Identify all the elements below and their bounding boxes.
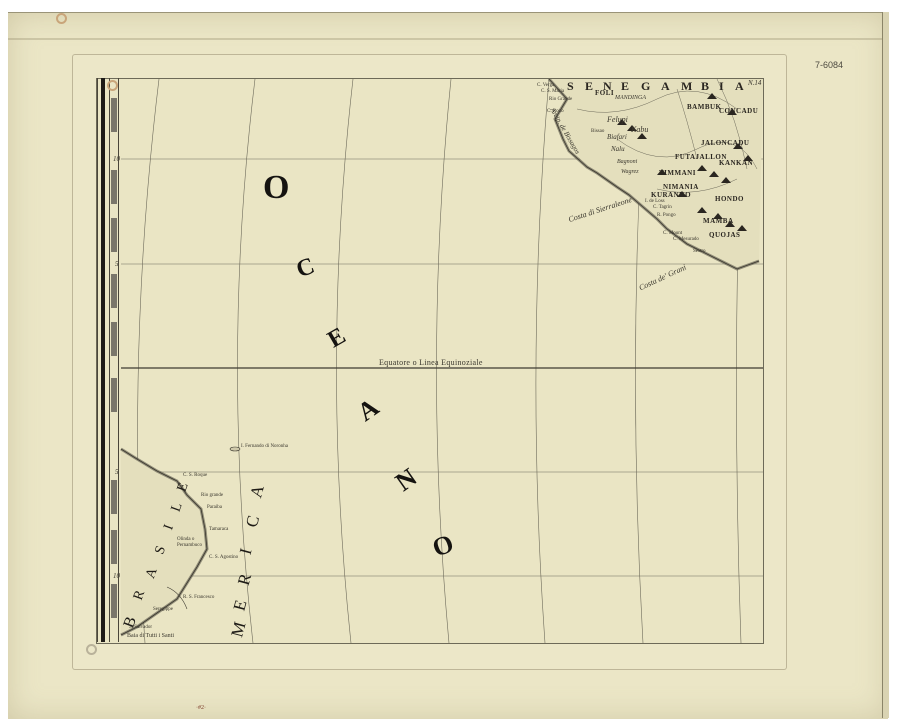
equator-label: Equatore o Linea Equinoziale — [379, 358, 483, 367]
region-label: MANDINGA — [615, 95, 646, 101]
place-label: R. S. Francesco — [183, 595, 214, 600]
region-label: TIMMANI — [659, 169, 696, 177]
place-label: Paraiba — [207, 505, 222, 510]
place-label: C. S. Maria — [541, 89, 564, 94]
map-frame[interactable]: 10 5 5 10 Equatore o Linea Equinoziale O… — [96, 78, 764, 644]
place-label: C. Tagrin — [653, 205, 672, 210]
region-label: CONCADU — [719, 107, 758, 115]
library-stamp: ·#2· — [196, 705, 206, 711]
place-label: I. de Loss — [645, 199, 665, 204]
place-label: Bissao — [591, 129, 604, 134]
region-label: JALONCADU — [701, 139, 749, 147]
pin-hole-icon — [56, 13, 67, 24]
region-label: KANKAN — [719, 159, 753, 167]
island-shape — [230, 447, 240, 451]
plate-hole-icon — [86, 644, 97, 655]
region-label: BAMBUK — [687, 103, 722, 111]
place-label: S. Salvador — [129, 625, 152, 630]
sheet-edge — [882, 12, 889, 718]
region-label: Biafari — [607, 133, 627, 141]
region-label: KURANKO — [651, 191, 691, 199]
region-label: Bagnoni — [617, 159, 637, 165]
region-label: NIMANIA — [663, 183, 699, 191]
region-label: HONDO — [715, 195, 744, 203]
place-label: C. Mesurado — [673, 237, 699, 242]
region-label: Nalu — [611, 145, 625, 153]
place-label: Baia di Tutti i Santi — [127, 633, 174, 639]
place-label: Rio Grande — [549, 97, 572, 102]
sheet-fold-line — [8, 38, 888, 40]
region-label: MAMBA — [703, 217, 734, 225]
island-label: I. Fernando di Noronha — [241, 444, 288, 449]
place-label: R. Pongo — [657, 213, 676, 218]
place-label: C. S. Roque — [183, 473, 207, 478]
region-label: Kabu — [631, 125, 648, 134]
place-label: C. Mount — [663, 231, 682, 236]
ocean-letter: O — [263, 169, 289, 207]
place-label: Seregippe — [153, 607, 173, 612]
pin-hole-icon — [107, 80, 118, 91]
place-label: Tamaraca — [209, 527, 228, 532]
map-border-scale — [96, 78, 120, 642]
region-label: Felupi — [607, 115, 628, 124]
sheet-number: N.14 — [748, 79, 761, 87]
place-label: C. S. Agostino — [209, 555, 238, 560]
place-label: Rio grande — [201, 493, 223, 498]
place-label: Olinda o Pernambuco — [177, 537, 211, 549]
region-label: Wagrez — [621, 169, 639, 175]
catalog-number: 7-6084 — [815, 60, 843, 70]
place-label: Sestro — [693, 249, 706, 254]
region-label: FOLI — [595, 89, 614, 97]
place-label: C. Roxo — [547, 109, 564, 114]
place-label: C. Verga — [537, 83, 554, 88]
region-label: QUOJAS — [709, 231, 740, 239]
